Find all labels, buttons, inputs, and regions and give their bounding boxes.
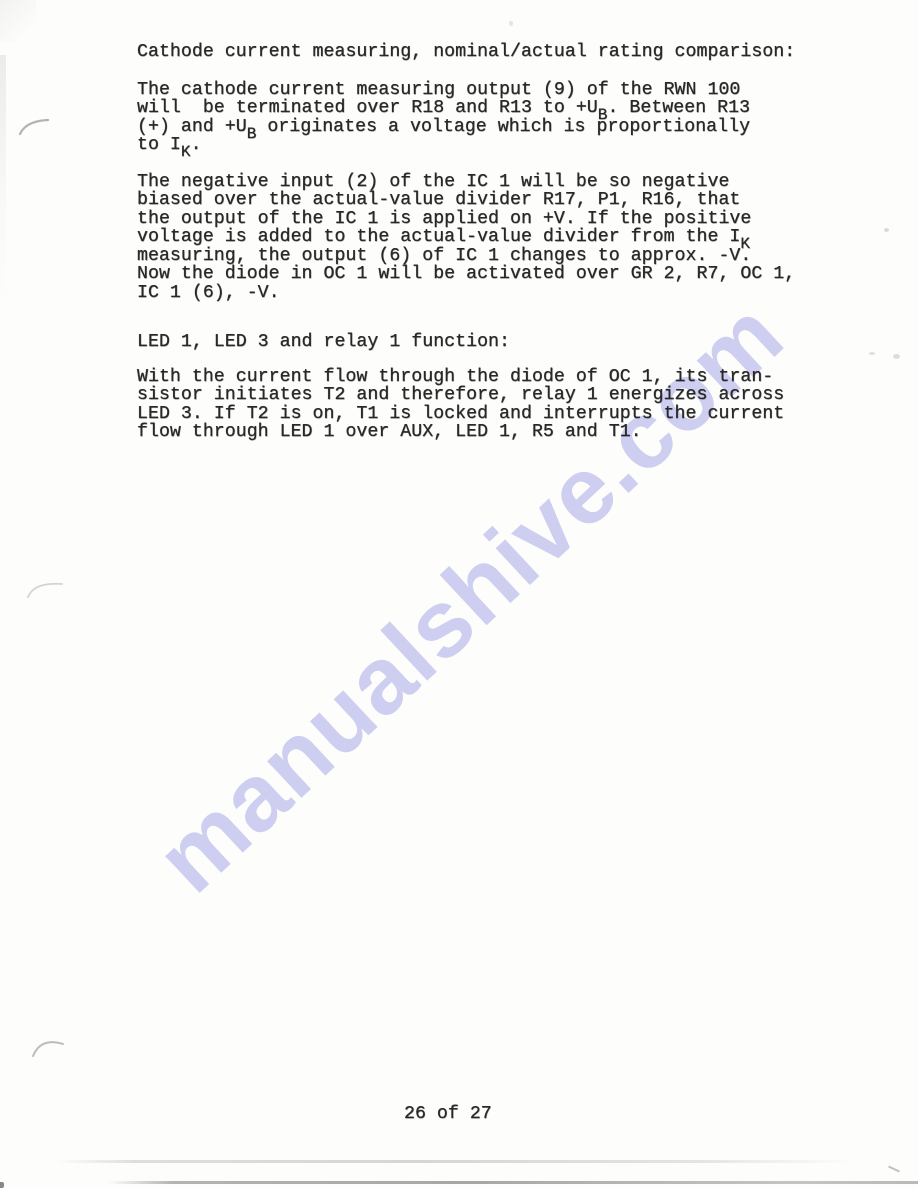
scan-edge-shadow-topleft <box>0 0 36 42</box>
page-number: 26 of 27 <box>404 1105 492 1123</box>
scan-speck <box>509 21 513 26</box>
paragraph-cathode-measuring: The cathode current measuring output (9)… <box>137 81 750 155</box>
scan-corner-mark <box>0 1182 4 1188</box>
paragraph-led-function: With the current flow through the diode … <box>137 368 784 442</box>
scan-speck <box>884 228 889 232</box>
scan-streak-upper <box>55 1160 855 1163</box>
scan-streak-lower <box>108 1181 918 1184</box>
scan-tick-mark <box>888 1166 900 1173</box>
scan-speck <box>869 352 875 355</box>
scan-speck <box>893 354 900 359</box>
section-heading-led-relay: LED 1, LED 3 and relay 1 function: <box>137 333 510 351</box>
scanned-manual-page: manualshive.com Cathode current measurin… <box>0 0 918 1188</box>
paragraph-negative-input: The negative input (2) of the IC 1 will … <box>137 173 795 302</box>
scan-edge-shadow-left <box>0 55 6 305</box>
section-heading-cathode-current: Cathode current measuring, nominal/actua… <box>137 43 795 61</box>
